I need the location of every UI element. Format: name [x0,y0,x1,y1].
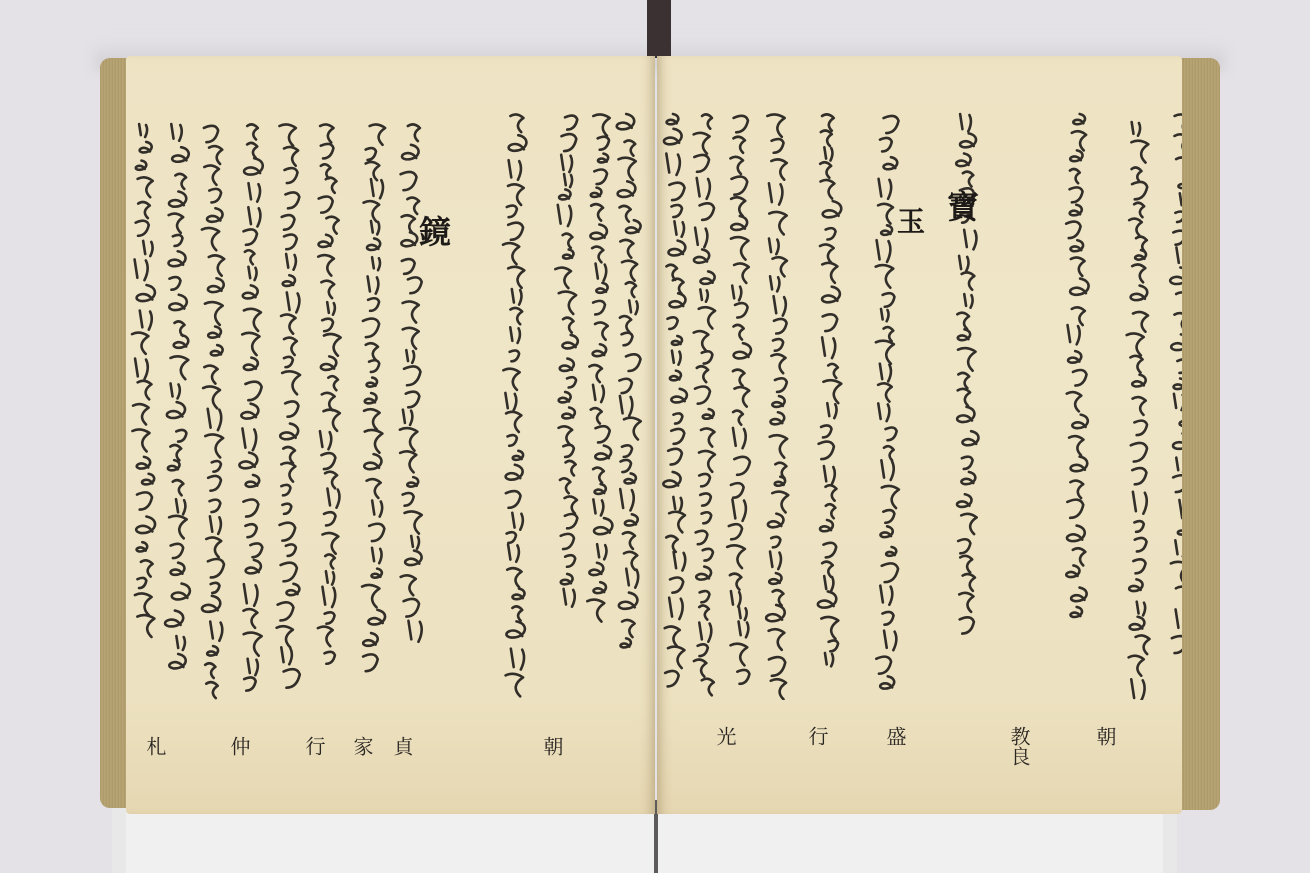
calligraphy-column [355,120,395,690]
right-page: 寶 玉 朝教良盛行光 [657,56,1182,814]
calligraphy-column [548,110,588,620]
open-book: 鏡 朝貞家行仲札 寶 玉 朝教良盛行光 [0,0,1310,873]
calligraphy-column [657,110,696,700]
poet-attribution: 貞 [383,736,413,756]
poet-attribution: 行 [295,736,325,756]
calligraphy-column [810,110,850,680]
poet-attribution: 朝 [533,736,563,756]
poet-attribution: 仲 [220,736,250,756]
poet-attribution: 盛 [876,726,906,746]
poet-attribution: 家 [343,736,373,756]
page-edges-right [1180,58,1220,810]
calligraphy-column [1120,118,1160,700]
calligraphy-column [1163,110,1182,670]
page-edges-left [100,58,128,808]
poet-attribution: 行 [798,726,828,746]
calligraphy-column [126,120,165,640]
calligraphy-column [270,120,310,700]
poet-attribution: 札 [136,736,166,756]
poet-attribution: 教良 [1000,726,1030,766]
calligraphy-column [868,110,908,700]
calligraphy-column [1057,110,1097,640]
calligraphy-column [310,120,350,680]
left-page: 鏡 朝貞家行仲札 [126,56,655,814]
calligraphy-column [233,120,273,700]
calligraphy-column [720,110,760,705]
calligraphy-column [758,110,798,700]
poet-attribution: 光 [706,726,736,746]
poet-attribution: 朝 [1086,726,1116,746]
calligraphy-column [392,120,432,660]
calligraphy-column [195,120,235,700]
calligraphy-column [948,110,988,650]
calligraphy-column [495,110,535,700]
